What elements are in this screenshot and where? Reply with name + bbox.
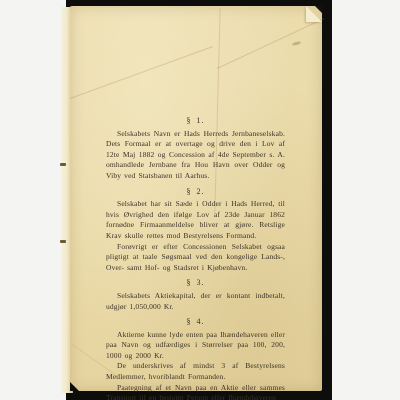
dog-ear-fold <box>306 6 322 22</box>
staple-mark <box>60 240 66 243</box>
paragraph: Selskabets Aktiekapital, der er kontant … <box>106 291 285 312</box>
crease-line <box>70 46 213 99</box>
section-2: § 2. Selskabet har sit Sæde i Odder i Ha… <box>106 187 285 274</box>
crease-line <box>217 18 324 69</box>
staple-mark <box>60 163 66 166</box>
section-heading: § 1. <box>106 116 285 127</box>
paragraph: Selskabets Navn er Hads Herreds Jernbane… <box>106 129 285 182</box>
paragraph: Forøvrigt er efter Concessionen Selskabe… <box>106 242 285 274</box>
page-text: § 1. Selskabets Navn er Hads Herreds Jer… <box>106 116 285 400</box>
paragraph: De underskrives af mindst 3 af Bestyrels… <box>106 361 285 382</box>
paragraph: Aktierne kunne lyde enten paa Ihændehave… <box>106 330 285 362</box>
section-heading: § 2. <box>106 187 285 198</box>
document-page: § 1. Selskabets Navn er Hads Herreds Jer… <box>70 6 322 391</box>
section-1: § 1. Selskabets Navn er Hads Herreds Jer… <box>106 116 285 182</box>
paragraph: Selskabet har sit Sæde i Odder i Hads He… <box>106 199 285 241</box>
section-heading: § 4. <box>106 317 285 328</box>
section-3: § 3. Selskabets Aktiekapital, der er kon… <box>106 278 285 312</box>
paragraph: Paategning af et Navn paa en Aktie eller… <box>106 383 285 400</box>
section-4: § 4. Aktierne kunne lyde enten paa Ihænd… <box>106 317 285 400</box>
corner-shadow <box>70 382 79 391</box>
smudge-mark <box>292 41 301 46</box>
section-heading: § 3. <box>106 278 285 289</box>
